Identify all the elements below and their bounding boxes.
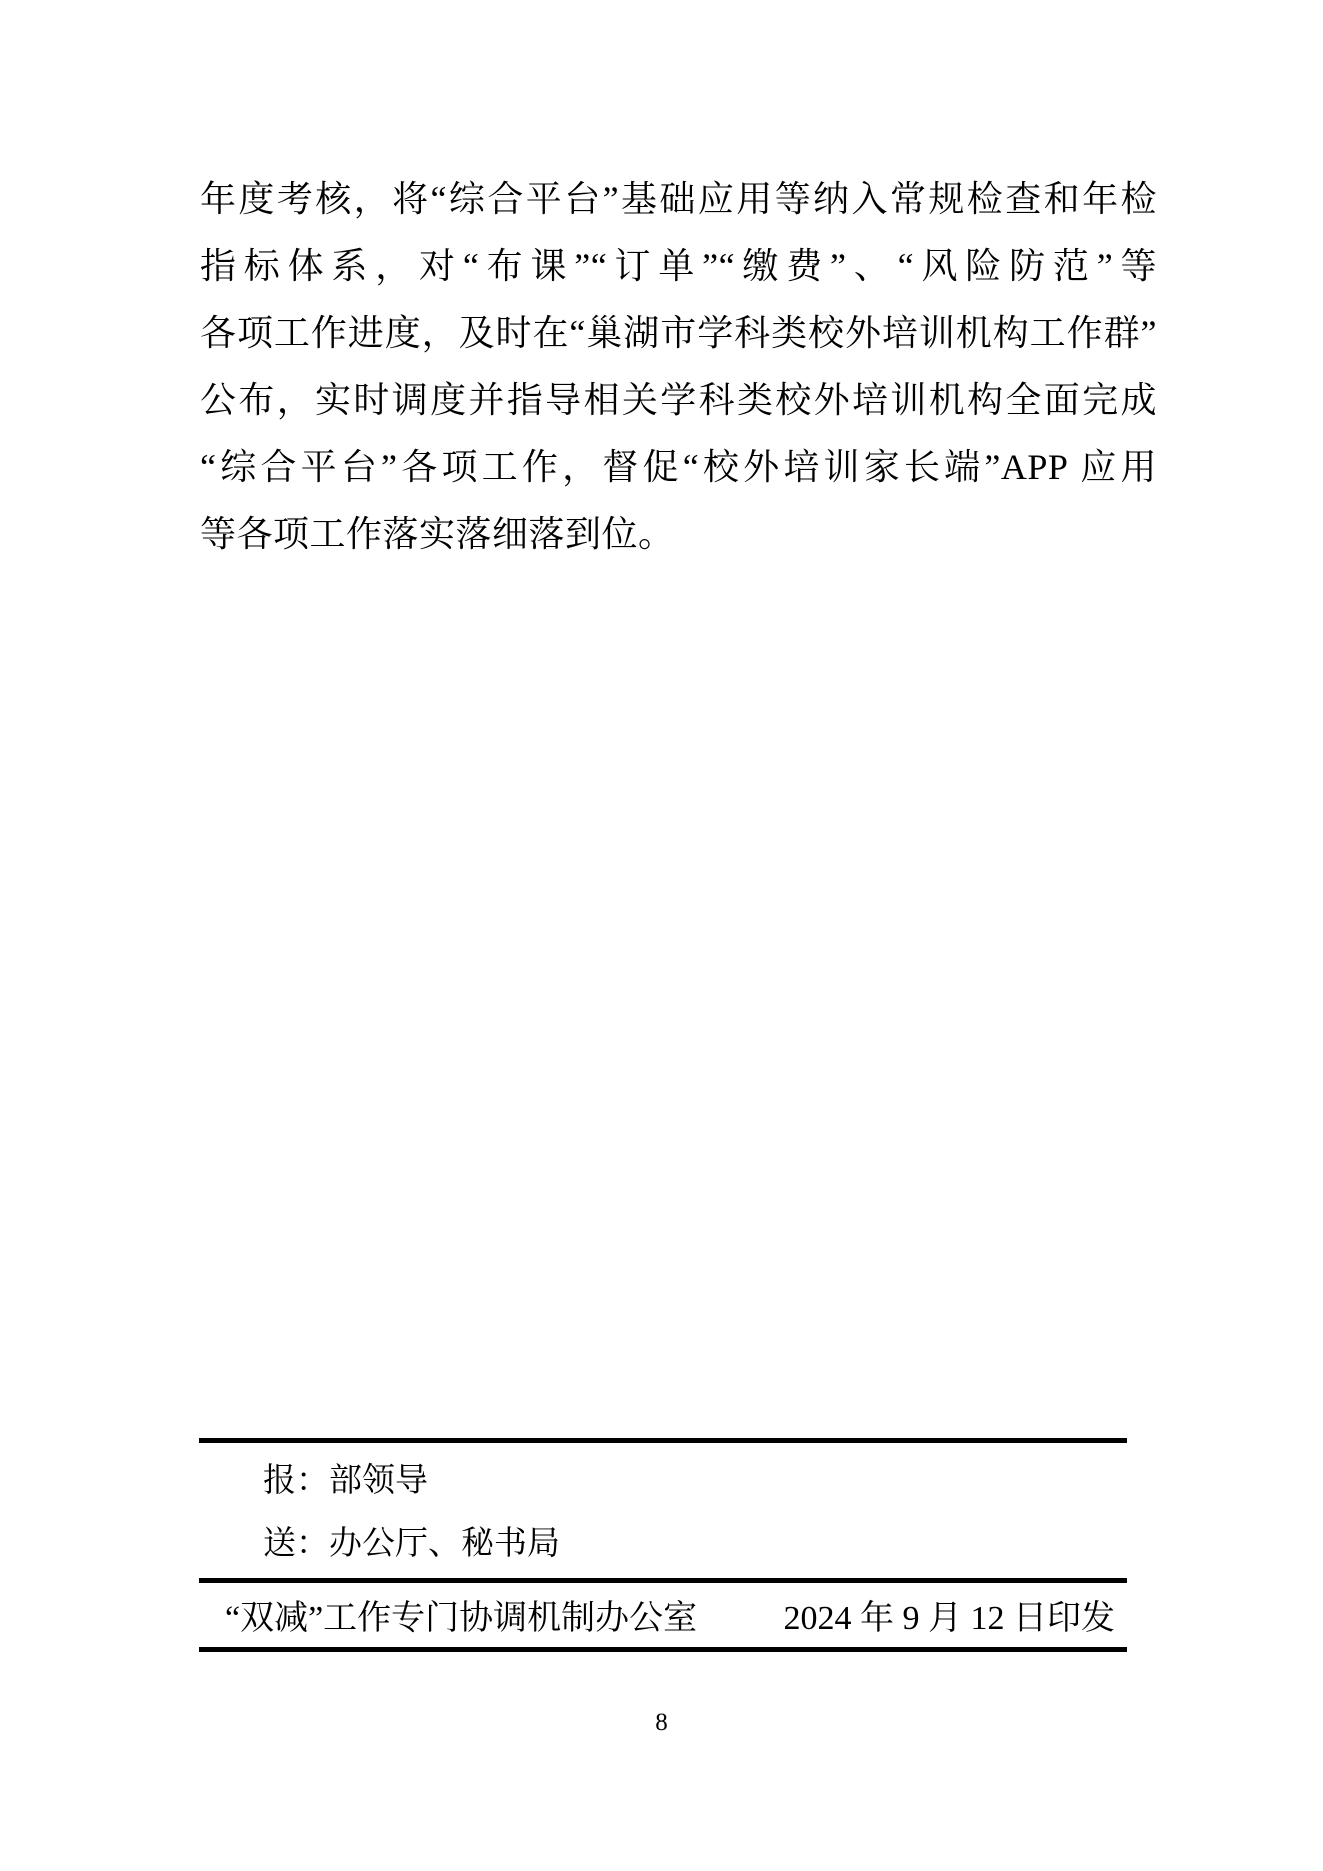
body-line-2: 指标体系，对“布课”“订单”“缴费”、“风险防范”等 (200, 233, 1157, 300)
body-text: 年度考核，将“综合平台”基础应用等纳入常规检查和年检 指标体系，对“布课”“订单… (200, 166, 1157, 568)
body-line-5: “综合平台”各项工作，督促“校外培训家长端”APP 应用 (200, 434, 1157, 501)
body-line-3: 各项工作进度，及时在“巢湖市学科类校外培训机构工作群” (200, 300, 1157, 367)
footer-rule-top (199, 1438, 1127, 1443)
body-line-6: 等各项工作落实落细落到位。 (200, 501, 1157, 568)
issuer-row: “双减”工作专门协调机制办公室 2024 年 9 月 12 日印发 (199, 1594, 1127, 1644)
distribution-block: 报：部领导 送：办公厅、秘书局 (199, 1450, 1127, 1576)
footer-rule-middle (199, 1578, 1127, 1583)
send-line: 送：办公厅、秘书局 (199, 1513, 1127, 1576)
issuer-name: “双减”工作专门协调机制办公室 (225, 1594, 697, 1644)
document-page: 年度考核，将“综合平台”基础应用等纳入常规检查和年检 指标体系，对“布课”“订单… (0, 0, 1323, 1871)
body-line-4: 公布，实时调度并指导相关学科类校外培训机构全面完成 (200, 367, 1157, 434)
page-number: 8 (0, 1708, 1323, 1738)
report-line: 报：部领导 (199, 1450, 1127, 1513)
issue-date: 2024 年 9 月 12 日印发 (784, 1594, 1116, 1644)
footer-rule-bottom (199, 1647, 1127, 1652)
body-line-1: 年度考核，将“综合平台”基础应用等纳入常规检查和年检 (200, 166, 1157, 233)
